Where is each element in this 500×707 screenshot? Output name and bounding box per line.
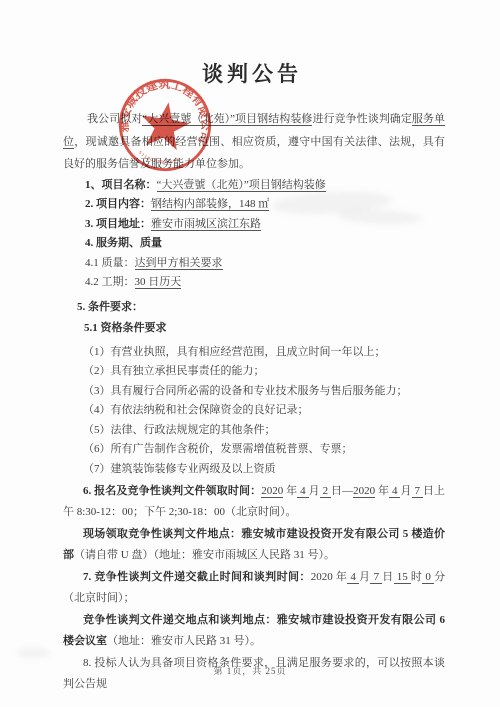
item-value: 雅安市雨城区滨江东路 xyxy=(151,218,261,231)
intro-lead: 我公司拟对 xyxy=(87,113,142,125)
date-part: 2020 xyxy=(261,485,283,498)
date-part: 2 xyxy=(320,485,331,498)
item-quality: 4.1 质量：达到甲方相关要求 xyxy=(63,254,445,274)
item-label: 3. 项目地址： xyxy=(85,218,151,230)
section-qualification: 5.1 资格条件要求 xyxy=(63,319,445,339)
document-body: 我公司拟对“大兴壹號（北苑）”项目钢结构装修进行竞争性谈判确定服务单位，现诚邀具… xyxy=(63,108,445,694)
intro-mid: 进行竞争性谈判确定 xyxy=(312,113,411,125)
deadline-label: 7. 竞争性谈判文件递交截止时间和谈判时间： xyxy=(83,571,311,583)
item-label: 1、项目名称： xyxy=(85,179,157,191)
pickup-venue-tail: （请自带 U 盘）（地址：雅安市雨城区人民路 31 号）。 xyxy=(74,549,335,561)
document-page: 谈判公告 雅安城投建筑工程有限公司 5118023800698 我公司拟对“大兴… xyxy=(0,0,500,707)
page-footer: 第 1页，共 25页 xyxy=(0,664,500,677)
item-value: “大兴壹號（北苑）”项目钢结构装修 xyxy=(157,179,326,192)
section-label: 5. 条件要求： xyxy=(77,301,143,313)
section-requirements: 5. 条件要求： xyxy=(63,298,445,318)
date-part: 2020 xyxy=(353,485,375,498)
item-value: 达到甲方相关要求 xyxy=(135,257,223,270)
date-part: 4 xyxy=(389,485,400,498)
item-duration: 4.2 工期：30 日历天 xyxy=(63,273,445,293)
date-sep: 2020 年 xyxy=(311,571,348,583)
item-project-content: 2. 项目内容：钢结构内部装修，148 ㎡ xyxy=(63,195,445,215)
submission-venue-label: 竞争性谈判文件递交地点和谈判地点： xyxy=(83,614,277,626)
intro-paragraph: 我公司拟对“大兴壹號（北苑）”项目钢结构装修进行竞争性谈判确定服务单位，现诚邀具… xyxy=(63,108,445,176)
registration-time-label: 6. 报名及竞争性谈判文件领取时间： xyxy=(83,485,261,497)
date-sep: 年 xyxy=(375,485,389,497)
pickup-venue-paragraph: 现场领取竞争性谈判文件地点：雅安城市建设投资开发有限公司 5 楼造价部（请自带 … xyxy=(63,524,445,565)
item-label: 4.2 工期： xyxy=(85,276,135,288)
date-part: 15 xyxy=(394,571,411,584)
date-sep: 年 xyxy=(283,485,297,497)
item-value: 钢结构内部装修，148 ㎡ xyxy=(151,198,269,211)
condition-item: （7）建筑装饰装修专业两级及以上资质 xyxy=(63,460,445,480)
item-project-name: 1、项目名称：“大兴壹號（北苑）”项目钢结构装修 xyxy=(63,176,445,196)
date-part: 0 xyxy=(422,571,434,584)
date-part: 7 xyxy=(370,571,382,584)
item-label: 4.1 质量： xyxy=(85,257,135,269)
deadline-paragraph: 7. 竞争性谈判文件递交截止时间和谈判时间：2020 年 4 月 7 日 15 … xyxy=(63,567,445,608)
date-sep: 月 xyxy=(359,571,370,583)
section-label: 5.1 资格条件要求 xyxy=(84,322,167,334)
condition-item: （5）法律、行政法规规定的其他条件； xyxy=(63,421,445,441)
project-name-underlined: “大兴壹號（北苑）”项目钢结构装修 xyxy=(142,113,312,126)
date-part: 4 xyxy=(347,571,359,584)
item-project-address: 3. 项目地址：雅安市雨城区滨江东路 xyxy=(63,215,445,235)
item-value: 30 日历天 xyxy=(135,276,182,289)
pickup-venue-label: 现场领取竞争性谈判文件地点： xyxy=(83,528,241,540)
scan-smudge xyxy=(16,648,50,658)
item-label: 4. 服务期、质量 xyxy=(85,237,162,249)
condition-item: （6）所有广告制作含税价，发票需增值税普票、专票； xyxy=(63,440,445,460)
registration-time-paragraph: 6. 报名及竞争性谈判文件领取时间：2020 年 4 月 2 日—2020 年 … xyxy=(63,481,445,522)
date-part: 4 xyxy=(297,485,308,498)
date-sep: 日 xyxy=(382,571,393,583)
intro-tail: ，现诚邀具备相应的经营范围、相应资质，遵守中国有关法律、法规，具有良好的服务信誉… xyxy=(63,136,445,171)
date-sep: 时 xyxy=(411,571,422,583)
item-label: 2. 项目内容： xyxy=(85,198,151,210)
condition-item: （3）具有履行合同所必需的设备和专业技术服务与售后服务能力； xyxy=(63,382,445,402)
condition-item: （2）具有独立承担民事责任的能力； xyxy=(63,362,445,382)
condition-item: （1）有营业执照，具有相应经营范围，且成立时间一年以上； xyxy=(63,343,445,363)
date-sep: 日— xyxy=(331,485,353,497)
item-service-period: 4. 服务期、质量 xyxy=(63,234,445,254)
submission-venue-tail: （地址：雅安市人民路 31 号）。 xyxy=(107,635,261,647)
submission-venue-paragraph: 竞争性谈判文件递交地点和谈判地点：雅安城市建设投资开发有限公司 6 楼会议室（地… xyxy=(63,610,445,651)
date-sep: 月 xyxy=(309,485,320,497)
condition-item: （4）有依法纳税和社会保障资金的良好记录； xyxy=(63,401,445,421)
page-title: 谈判公告 xyxy=(0,0,500,88)
date-part: 7 xyxy=(412,485,423,498)
date-sep: 月 xyxy=(400,485,411,497)
